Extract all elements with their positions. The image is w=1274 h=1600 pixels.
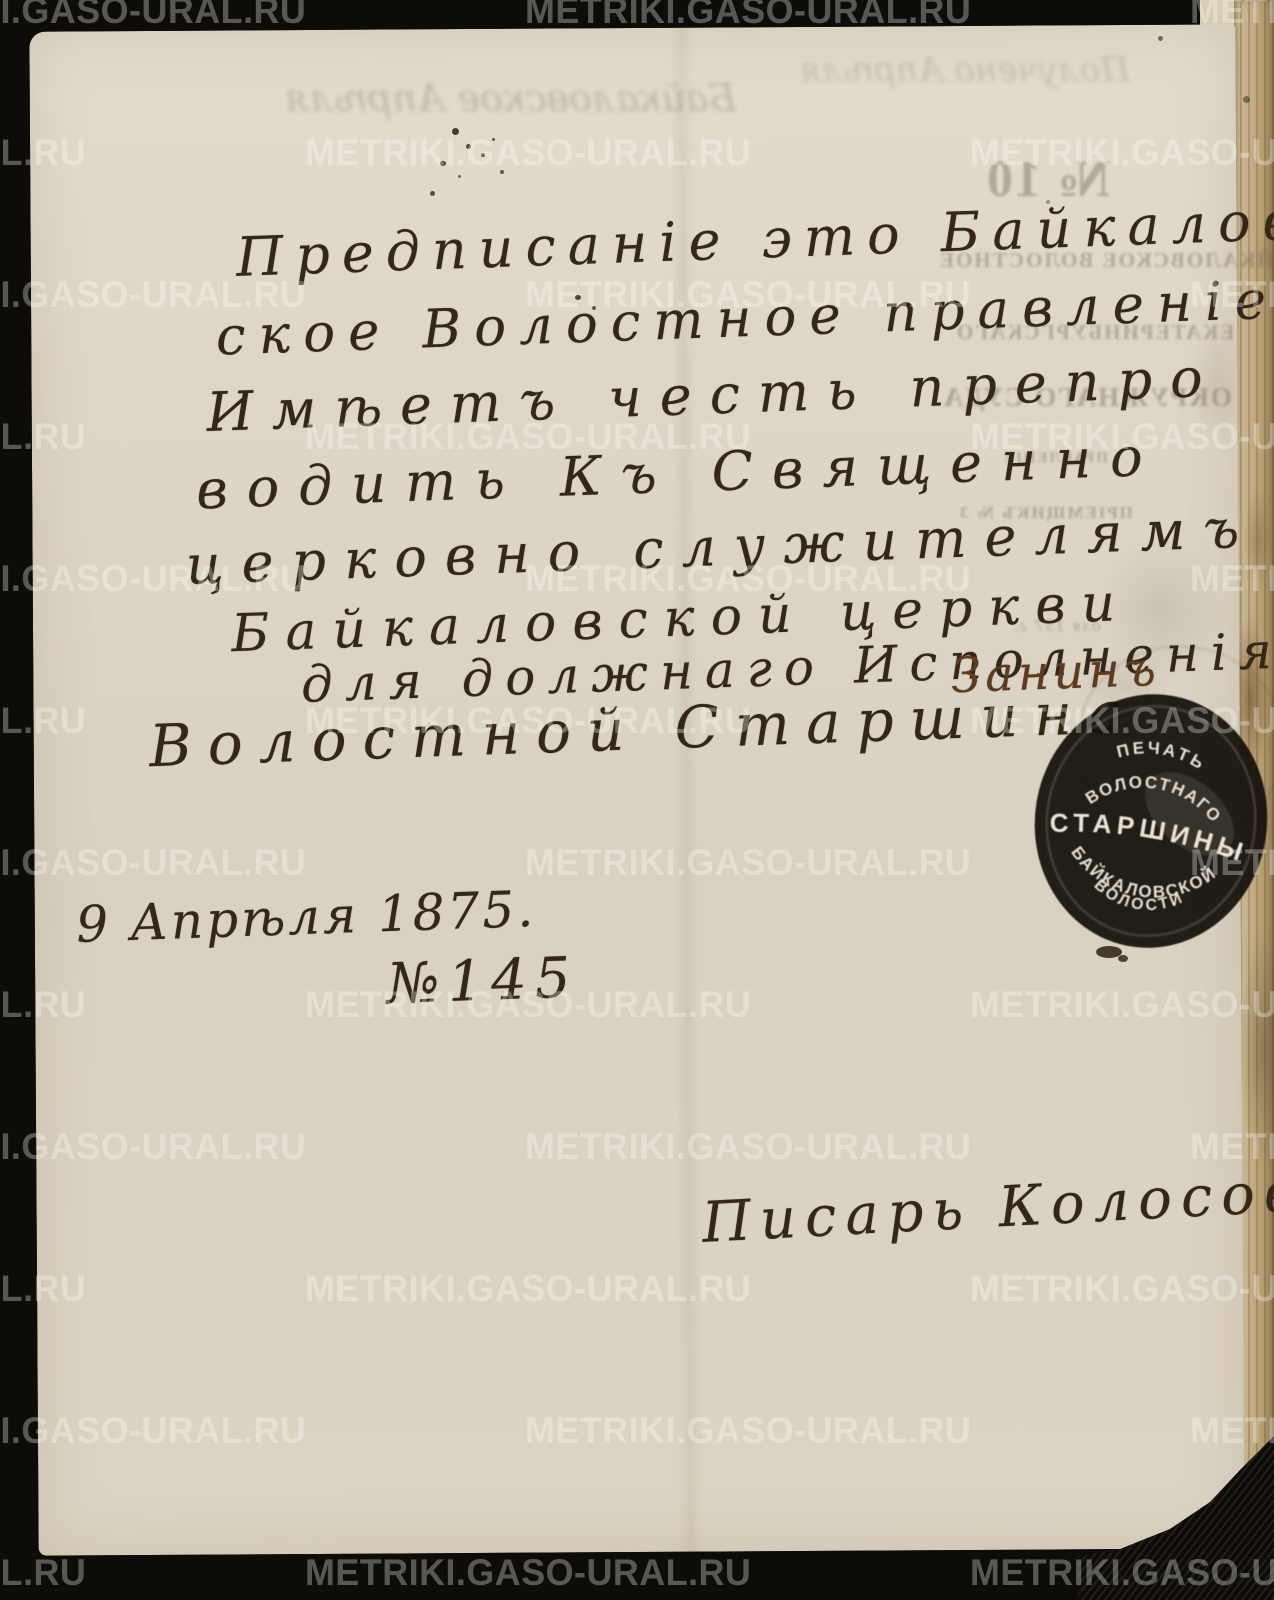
bleedthrough-line: ОКРУЖНАГО СУДА: [942, 382, 1232, 413]
ink-speck: [440, 161, 446, 166]
ink-speck: [492, 138, 495, 141]
ink-speck: [1118, 955, 1128, 962]
watermark-text: METRIKI.GASO-URAL.RU: [0, 0, 306, 32]
ink-speck: [481, 153, 485, 157]
bleedthrough-handwriting: Байкаловское Апрѣля: [285, 76, 736, 120]
ink-speck: [575, 295, 581, 300]
ink-speck: [1243, 96, 1250, 103]
ink-speck: [1158, 36, 1163, 41]
ink-speck: [452, 128, 459, 135]
bleedthrough-handwriting: Получено Апрѣля: [800, 50, 1130, 90]
bleedthrough-line: ПРАВЛЕНІЕ: [1002, 450, 1108, 467]
ink-speck: [466, 144, 471, 149]
watermark-text: METRIKI.GASO-URAL.RU: [305, 1552, 751, 1594]
ink-speck: [500, 170, 504, 174]
bleedthrough-line: ПРІЕМЩИКЪ № 3: [958, 503, 1133, 523]
ink-speck: [430, 191, 435, 196]
archive-scan-page: № 10 ВЪ БАЙКАЛОВСКОЕ ВОЛОСТНОЕ ЕКАТЕРИНБ…: [0, 0, 1274, 1600]
bleedthrough-line: для 157 г.: [1012, 616, 1101, 636]
ink-speck: [592, 306, 596, 310]
bleedthrough-line: ЕКАТЕРИНБУРГСКАГО: [955, 320, 1234, 345]
watermark-text: METRIKI.GASO-URAL.RU: [0, 1552, 86, 1594]
ink-speck: [458, 175, 461, 178]
bleedthrough-line: ВЪ БАЙКАЛОВСКОЕ ВОЛОСТНОЕ: [938, 248, 1274, 273]
ink-speck: [1046, 200, 1050, 204]
volost-elder-stamp: ПЕЧАТЬ ВОЛОСТНАГО СТАРШИНЫ БАЙКАЛОВСКОЙ …: [1026, 688, 1274, 954]
